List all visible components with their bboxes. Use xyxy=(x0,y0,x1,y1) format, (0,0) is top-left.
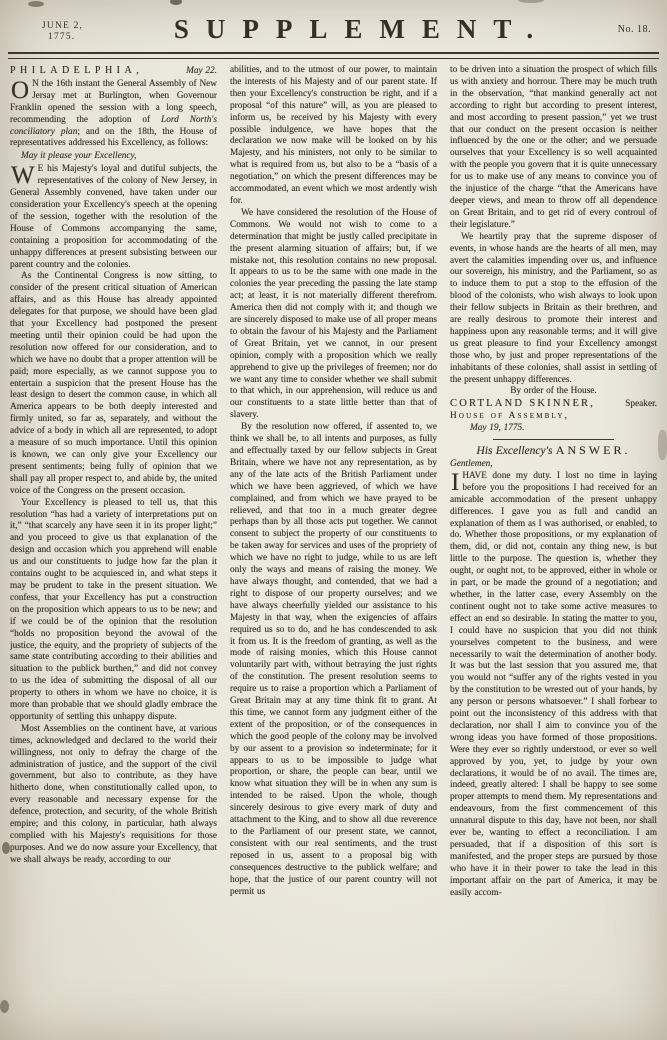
answer-heading: His Excellency's ANSWER. xyxy=(450,445,657,458)
issue-number: No. 18. xyxy=(579,12,651,35)
text-segment: Most Assemblies on the continent have, a… xyxy=(10,724,217,865)
page-columns: PHILADELPHIA,May 22.ON the 16th instant … xyxy=(0,59,667,1031)
newspaper-title: SUPPLEMENT. xyxy=(128,12,579,45)
text-segment: Speaker. xyxy=(625,399,657,411)
drop-cap: O xyxy=(10,79,32,101)
issue-date: JUNE 2, 1775. xyxy=(14,12,128,43)
text-segment: Your Excellency is pleased to tell us, t… xyxy=(10,498,217,722)
text-segment: We heartily pray that the supreme dispos… xyxy=(450,232,657,385)
drop-cap-paragraph: IHAVE done my duty. I lost no time in la… xyxy=(450,471,657,900)
paragraph: to be driven into a situation the prospe… xyxy=(450,65,657,232)
column-2: abilities, and to the utmost of our powe… xyxy=(230,65,437,1031)
by-order-line: By order of the House. xyxy=(450,386,657,398)
text-segment: CORTLAND SKINNER, xyxy=(450,398,595,410)
text-segment: We have considered the resolution of the… xyxy=(230,208,437,420)
drop-cap: I xyxy=(450,471,462,493)
ink-blot xyxy=(2,842,10,854)
paragraph: Your Excellency is pleased to tell us, t… xyxy=(10,498,217,724)
house-of-assembly-line: House of Assembly, xyxy=(450,411,657,423)
paper-smudge xyxy=(28,1,44,7)
masthead-rule xyxy=(8,52,659,59)
text-segment: E his Majesty's loyal and dutiful subjec… xyxy=(10,164,217,269)
text-segment: May 22. xyxy=(186,66,217,78)
text-segment: May it please your Excellency, xyxy=(21,151,136,161)
dateline: PHILADELPHIA,May 22. xyxy=(10,65,217,78)
speaker-signature: CORTLAND SKINNER,Speaker. xyxy=(450,398,657,411)
paragraph: As the Continental Congress is now sitti… xyxy=(10,271,217,497)
text-segment: As the Continental Congress is now sitti… xyxy=(10,271,217,495)
paragraph: By the resolution now offered, if assent… xyxy=(230,422,437,898)
section-rule xyxy=(493,439,613,440)
text-segment: to be driven into a situation the prospe… xyxy=(450,65,657,230)
paragraph: Most Assemblies on the continent have, a… xyxy=(10,724,217,867)
masthead: JUNE 2, 1775. SUPPLEMENT. No. 18. xyxy=(0,0,667,45)
newspaper-page: JUNE 2, 1775. SUPPLEMENT. No. 18. PHILAD… xyxy=(0,0,667,1040)
assembly-date: May 19, 1775. xyxy=(450,423,657,435)
text-segment: May 19, 1775. xyxy=(470,423,525,433)
salutation: May it please your Excellency, xyxy=(10,151,217,163)
drop-cap-paragraph: ON the 16th instant the General Assembly… xyxy=(10,79,217,150)
text-segment: House of Assembly, xyxy=(450,411,569,421)
column-3: to be driven into a situation the prospe… xyxy=(450,65,657,1031)
drop-cap-paragraph: WE his Majesty's loyal and dutiful subje… xyxy=(10,164,217,271)
text-segment: By the resolution now offered, if assent… xyxy=(230,422,437,896)
paragraph: We have considered the resolution of the… xyxy=(230,208,437,422)
issue-date-line1: JUNE 2, xyxy=(42,21,83,31)
text-segment: PHILADELPHIA, xyxy=(10,65,143,77)
text-segment: HAVE done my duty. I lost no time in lay… xyxy=(450,471,657,898)
text-segment: By order of the House. xyxy=(510,386,597,396)
text-segment: Gentlemen, xyxy=(450,459,493,469)
paragraph: We heartily pray that the supreme dispos… xyxy=(450,232,657,387)
text-segment: ANSWER. xyxy=(556,443,631,457)
column-1: PHILADELPHIA,May 22.ON the 16th instant … xyxy=(10,65,217,1031)
ink-blot xyxy=(0,1000,9,1013)
issue-date-line2: 1775. xyxy=(42,32,128,43)
paragraph: abilities, and to the utmost of our powe… xyxy=(230,65,437,208)
text-segment: abilities, and to the utmost of our powe… xyxy=(230,65,437,206)
drop-cap: W xyxy=(10,164,38,186)
paper-smudge xyxy=(658,430,667,460)
text-segment: His Excellency's xyxy=(477,445,556,457)
salutation-gentlemen: Gentlemen, xyxy=(450,459,657,471)
